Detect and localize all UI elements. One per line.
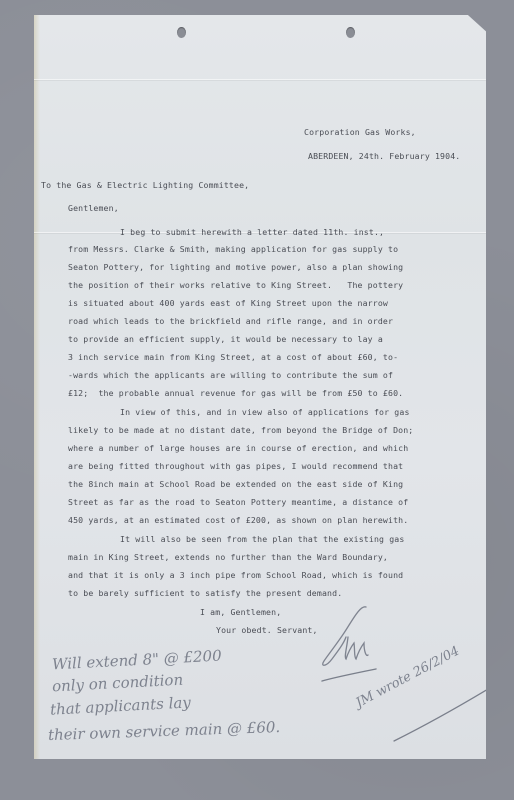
paper-fold (34, 79, 486, 80)
body-line: 450 yards, at an estimated cost of £200,… (68, 516, 408, 524)
punch-hole (177, 27, 186, 38)
body-line: the position of their works relative to … (68, 281, 403, 289)
body-line: -wards which the applicants are willing … (68, 371, 393, 379)
salutation: Gentlemen, (68, 204, 119, 212)
body-line: £12; the probable annual revenue for gas… (68, 389, 403, 397)
annotation-line: only on condition (52, 673, 184, 695)
body-line: and that it is only a 3 inch pipe from S… (68, 571, 403, 579)
letterhead-sender: Corporation Gas Works, (304, 128, 416, 136)
body-line: the 8inch main at School Road be extende… (68, 480, 403, 488)
body-line: is situated about 400 yards east of King… (68, 299, 388, 307)
signature-initials (314, 603, 394, 688)
body-line: from Messrs. Clarke & Smith, making appl… (68, 245, 398, 253)
closing-line: Your obedt. Servant, (216, 626, 318, 634)
annotation-line: that applicants lay (50, 695, 191, 717)
closing-line: I am, Gentlemen, (200, 608, 281, 616)
body-line: Street as far as the road to Seaton Pott… (68, 498, 408, 506)
body-line: It will also be seen from the plan that … (120, 535, 404, 543)
punch-hole (346, 27, 355, 38)
body-line: road which leads to the brickfield and r… (68, 317, 393, 325)
addressee: To the Gas & Electric Lighting Committee… (41, 181, 249, 189)
body-line: 3 inch service main from King Street, at… (68, 353, 398, 361)
annotation-line: their own service main @ £60. (48, 720, 281, 743)
letter-page: Corporation Gas Works, ABERDEEN, 24th. F… (34, 15, 486, 759)
annotation-line: Will extend 8" @ £200 (52, 649, 222, 673)
letterhead-place-date: ABERDEEN, 24th. February 1904. (308, 152, 460, 160)
body-line: to provide an efficient supply, it would… (68, 335, 383, 343)
body-line: In view of this, and in view also of app… (120, 408, 410, 416)
body-line: main in King Street, extends no further … (68, 553, 388, 561)
body-line: where a number of large houses are in co… (68, 444, 408, 452)
body-line: Seaton Pottery, for lighting and motive … (68, 263, 403, 271)
body-line: to be barely sufficient to satisfy the p… (68, 589, 342, 597)
body-line: are being fitted throughout with gas pip… (68, 462, 403, 470)
body-line: I beg to submit herewith a letter dated … (120, 228, 384, 236)
body-line: likely to be made at no distant date, fr… (68, 426, 413, 434)
annotation-underline (392, 675, 502, 745)
